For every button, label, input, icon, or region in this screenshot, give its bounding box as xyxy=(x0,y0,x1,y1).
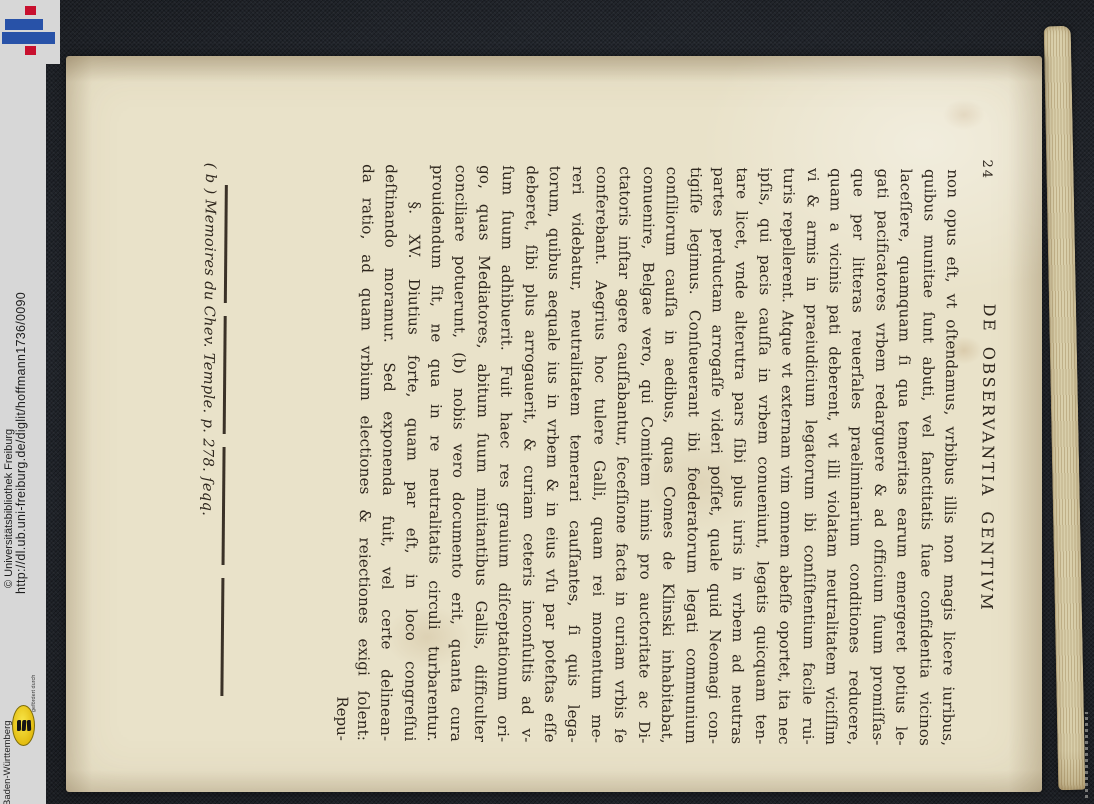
edge-watermark xyxy=(1085,712,1088,798)
footnote: ( b ) Memoires du Chev. Temple. p. 278. … xyxy=(199,163,218,517)
bw-region-label: Baden-Württemberg xyxy=(2,720,13,804)
logo-red-square-bottom-icon xyxy=(25,46,36,55)
footnote-rule xyxy=(221,185,228,701)
text-line: conferebant. Aegrius hoc tulere Galli, q… xyxy=(584,166,612,743)
logo-blue-bar-large-icon xyxy=(2,32,55,44)
funding-label: gefördert durch xyxy=(31,675,37,712)
scanned-page: 24 DE OBSERVANTIA GENTIVM non opus eſt, … xyxy=(66,56,1042,792)
library-sidebar: http://dl.ub.uni-freiburg.de/diglit/hoff… xyxy=(0,0,46,804)
bw-coat-of-arms-icon xyxy=(12,705,35,746)
lion-icon xyxy=(21,720,26,731)
ub-freiburg-logo xyxy=(0,0,60,64)
lion-icon xyxy=(17,720,21,731)
running-header: DE OBSERVANTIA GENTIVM xyxy=(976,169,1000,746)
page-content: 24 DE OBSERVANTIA GENTIVM non opus eſt, … xyxy=(66,56,1041,792)
scan-viewer: 24 DE OBSERVANTIA GENTIVM non opus eſt, … xyxy=(0,0,1094,804)
scan-url-label: http://dl.ub.uni-freiburg.de/diglit/hoff… xyxy=(14,292,28,594)
page-body-text: non opus eſt, vt oſtendamus, vrbibus ill… xyxy=(350,164,964,746)
copyright-label: © Universitätsbibliothek Freiburg xyxy=(3,429,15,588)
logo-red-square-top-icon xyxy=(25,6,36,15)
lion-icon xyxy=(26,720,31,731)
logo-blue-bar-small-icon xyxy=(5,19,43,30)
